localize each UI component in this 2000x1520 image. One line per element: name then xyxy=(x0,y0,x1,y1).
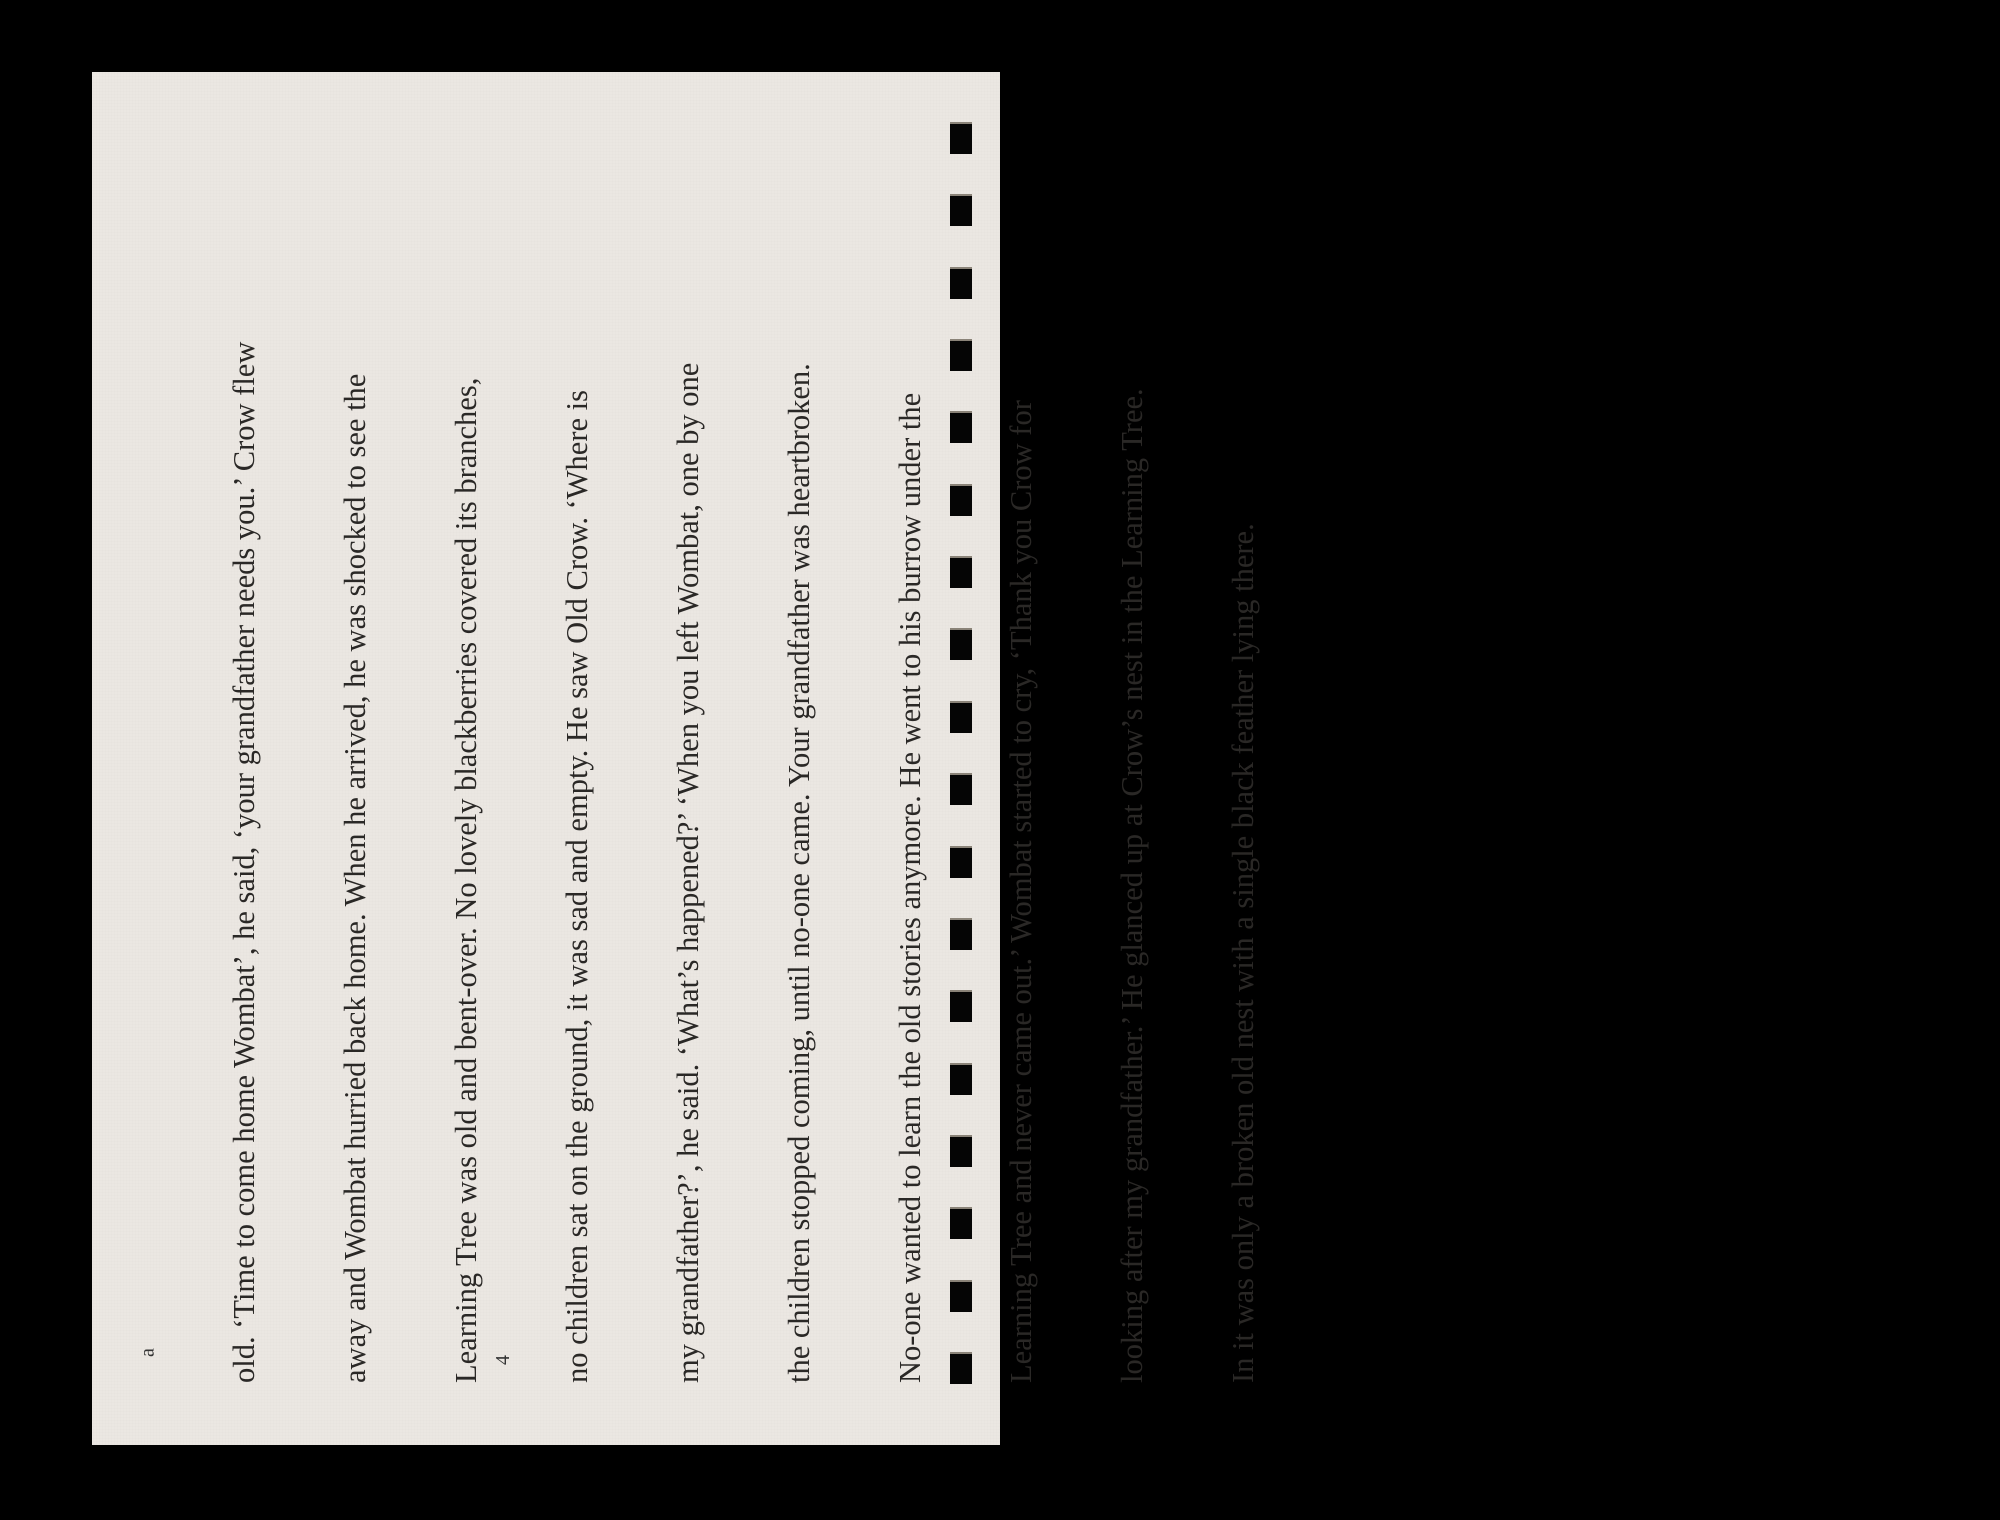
binding-hole xyxy=(950,1207,972,1239)
binding-hole xyxy=(950,1135,972,1167)
text-line: No-one wanted to learn the old stories a… xyxy=(892,153,929,1383)
text-line: no children sat on the ground, it was sa… xyxy=(559,153,596,1383)
binding-hole xyxy=(950,411,972,443)
binding-hole xyxy=(950,918,972,950)
binding-hole xyxy=(950,990,972,1022)
story-text: old. ‘Time to come home Wombat’, he said… xyxy=(152,153,1336,1383)
binding-hole xyxy=(950,339,972,371)
book-page: ɐ old. ‘Time to come home Wombat’, he sa… xyxy=(92,72,1000,1445)
binding-hole xyxy=(950,701,972,733)
binding-hole xyxy=(950,484,972,516)
text-line: Learning Tree was old and bent-over. No … xyxy=(448,153,485,1383)
binding-hole xyxy=(950,122,972,154)
binding-hole xyxy=(950,1352,972,1384)
binding-hole xyxy=(950,194,972,226)
binding-hole xyxy=(950,846,972,878)
binding-hole xyxy=(950,628,972,660)
binding-hole xyxy=(950,267,972,299)
text-line: looking after my grandfather.’ He glance… xyxy=(1114,153,1151,1383)
text-line: away and Wombat hurried back home. When … xyxy=(337,153,374,1383)
text-line: my grandfather?’, he said. ‘What’s happe… xyxy=(670,153,707,1383)
binding-hole xyxy=(950,1280,972,1312)
binding-hole xyxy=(950,773,972,805)
binding-holes xyxy=(950,0,974,1520)
binding-hole xyxy=(950,556,972,588)
text-line: Learning Tree and never came out.’ Womba… xyxy=(1003,153,1040,1383)
text-line: the children stopped coming, until no-on… xyxy=(781,153,818,1383)
text-line: old. ‘Time to come home Wombat’, he said… xyxy=(226,153,263,1383)
rotated-page-content: ɐ old. ‘Time to come home Wombat’, he sa… xyxy=(92,72,1000,1445)
text-line: In it was only a broken old nest with a … xyxy=(1225,153,1262,1383)
page-number: 4 xyxy=(492,1355,515,1365)
binding-hole xyxy=(950,1063,972,1095)
